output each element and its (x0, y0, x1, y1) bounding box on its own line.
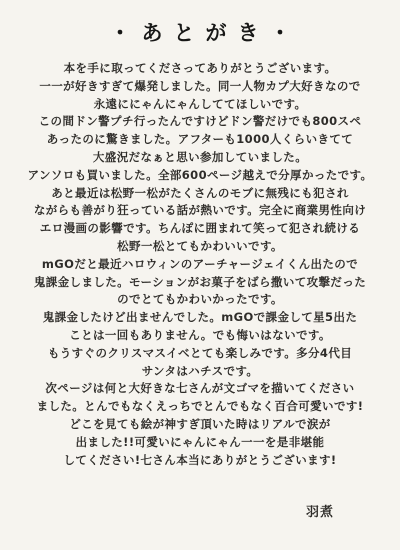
afterword-line: あと最近は松野一松がたくさんのモブに無残にも犯され (0, 185, 400, 203)
author-signature: 羽煮 (306, 501, 334, 520)
afterword-line: サンタはハチスです。 (0, 363, 400, 381)
afterword-line: ながらも善がり狂っている話が熱いです。完全に商業男性向け (0, 202, 400, 220)
afterword-line: 鬼課金したけど出ませんでした。mGOで課金して星5出た (0, 309, 400, 327)
afterword-line: この間ドン警プチ行ったんですけどドン警だけでも800スペ (0, 113, 400, 131)
afterword-line: 次ページは何と大好きな七さんが文ゴマを描いてください (0, 380, 400, 398)
afterword-line: どこを見ても絵が神すぎ頂いた時はリアルで涙が (0, 416, 400, 434)
afterword-line: あったのに驚きました。アフターも1000人くらいきてて (0, 131, 400, 149)
afterword-line: のでとてもかわいかったです。 (0, 291, 400, 309)
afterword-line: 松野一松とてもかわいいです。 (0, 238, 400, 256)
afterword-line: 大盛況だなぁと思い参加していました。 (0, 149, 400, 167)
afterword-line: 本を手に取ってくださってありがとうございます。 (0, 60, 400, 78)
afterword-line: 出ました!!可愛いにゃんにゃん一一を是非堪能 (0, 434, 400, 452)
afterword-line: もうすぐのクリスマスイベとても楽しみです。多分4代目 (0, 345, 400, 363)
afterword-page: ・あとがき・ 本を手に取ってくださってありがとうございます。一一が好きすぎて爆発… (0, 0, 400, 550)
afterword-line: mGOだと最近ハロウィンのアーチャージェイくん出たので (0, 256, 400, 274)
page-title: ・あとがき・ (0, 0, 400, 47)
afterword-line: エロ漫画の影響です。ちんぽに囲まれて笑って犯され続ける (0, 220, 400, 238)
afterword-body: 本を手に取ってくださってありがとうございます。一一が好きすぎて爆発しました。同一… (0, 60, 400, 469)
afterword-line: 一一が好きすぎて爆発しました。同一人物カプ大好きなので (0, 78, 400, 96)
afterword-line: アンソロも買いました。全部600ページ越えで分厚かったです。 (0, 167, 400, 185)
afterword-line: 永遠ににゃんにゃんしててほしいです。 (0, 96, 400, 114)
afterword-line: ことは一回もありません。でも悔いはないです。 (0, 327, 400, 345)
afterword-line: してください!七さん本当にありがとうございます! (0, 452, 400, 470)
afterword-line: ました。とんでもなくえっちでとんでもなく百合可愛いです! (0, 398, 400, 416)
afterword-line: 鬼課金しました。モーションがお菓子をばら撒いて攻撃だった (0, 274, 400, 292)
